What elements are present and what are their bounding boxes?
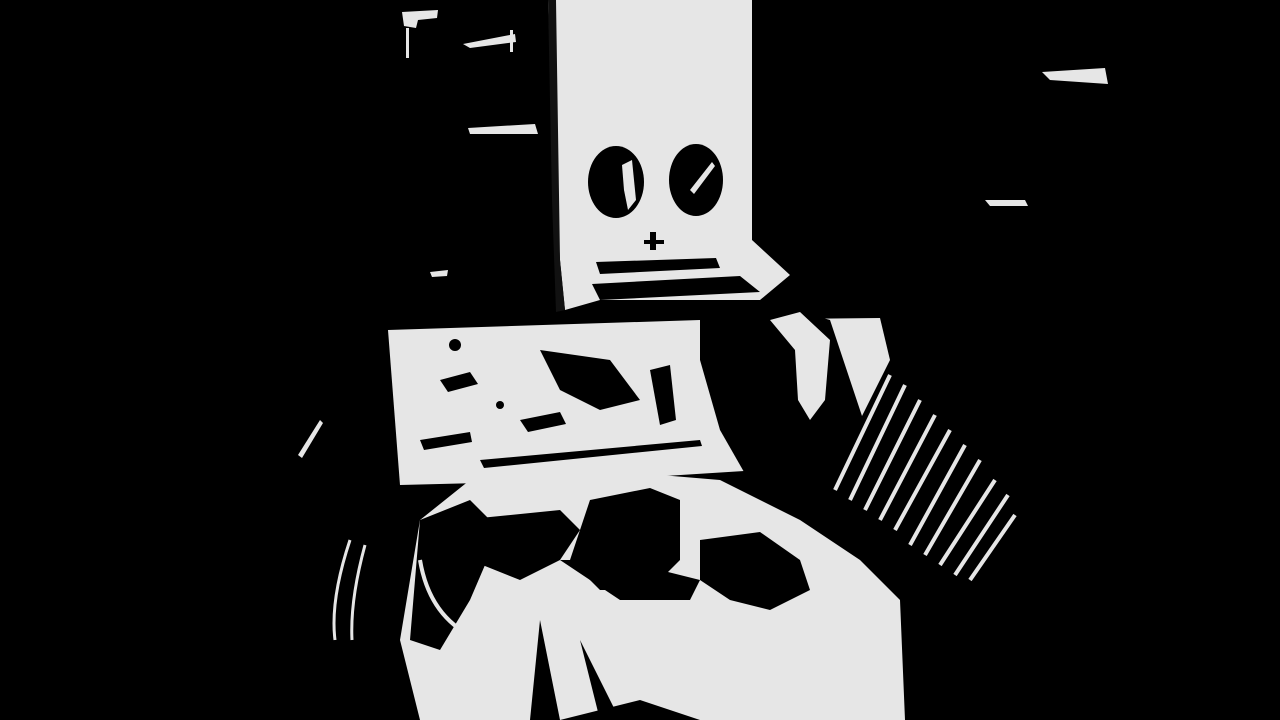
thresholded-photo xyxy=(0,0,1280,720)
photo-scene xyxy=(0,0,1280,720)
right-eye-hole xyxy=(669,144,723,216)
left-eye-hole xyxy=(588,146,644,218)
